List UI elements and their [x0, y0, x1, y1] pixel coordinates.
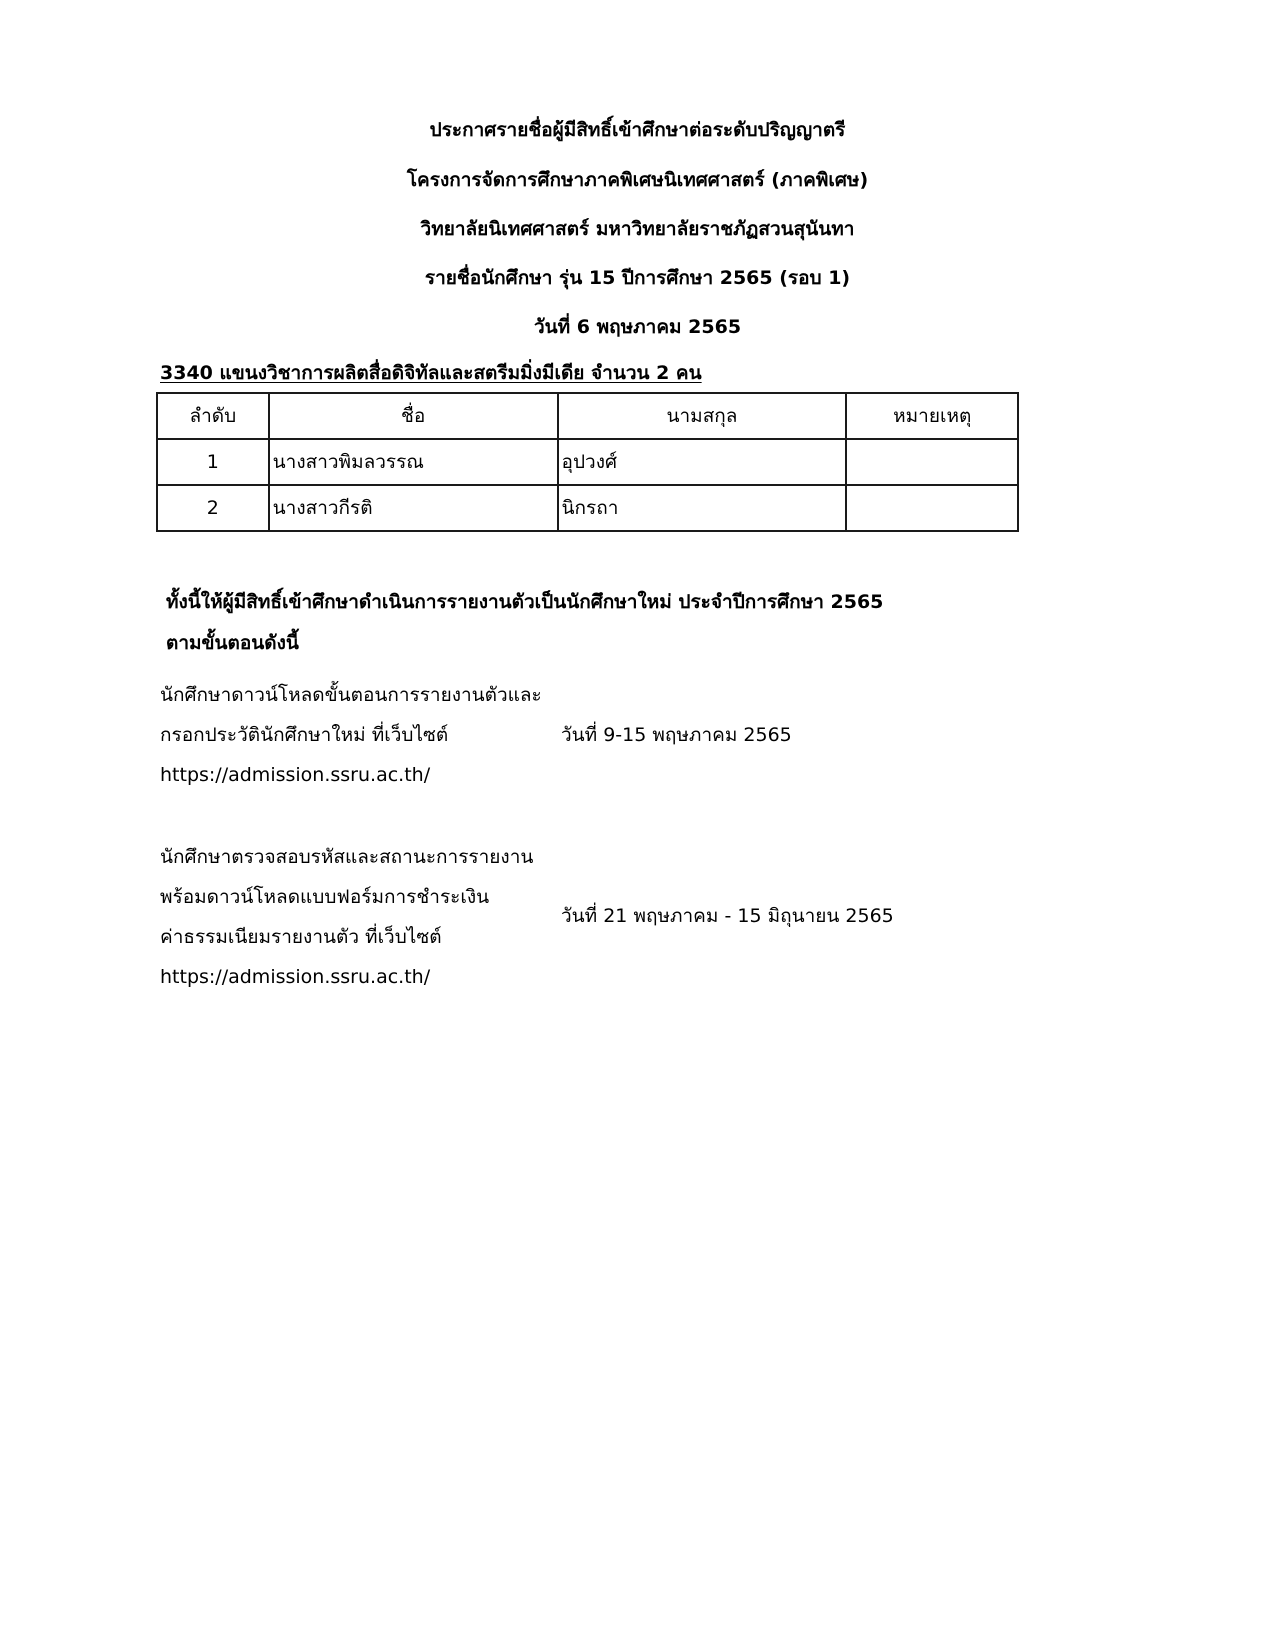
step2-line1: นักศึกษาตรวจสอบรหัสและสถานะการรายงาน [160, 845, 533, 869]
row-name: นางสาวกีรติ [269, 485, 558, 531]
header-name: ชื่อ [269, 393, 558, 439]
table-row: 1 นางสาวพิมลวรรณ อุปวงศ์ [157, 439, 1018, 485]
step1-url-link[interactable]: https://admission.ssru.ac.th/ [160, 763, 430, 787]
row-surname: นิกรถา [558, 485, 847, 531]
college-title: วิทยาลัยนิเทศศาสตร์ มหาวิทยาลัยราชภัฏสวน… [0, 217, 1275, 241]
step1-date: วันที่ 9-15 พฤษภาคม 2565 [561, 723, 792, 747]
major-section-heading: 3340 แขนงวิชาการผลิตสื่อดิจิทัลและสตรีมม… [160, 361, 702, 385]
announcement-title: ประกาศรายชื่อผู้มีสิทธิ์เข้าศึกษาต่อระดั… [0, 118, 1275, 142]
row-order: 2 [157, 485, 269, 531]
announcement-date: วันที่ 6 พฤษภาคม 2565 [0, 315, 1275, 339]
cohort-title: รายชื่อนักศึกษา รุ่น 15 ปีการศึกษา 2565 … [0, 266, 1275, 290]
header-surname: นามสกุล [558, 393, 847, 439]
row-surname: อุปวงศ์ [558, 439, 847, 485]
program-title: โครงการจัดการศึกษาภาคพิเศษนิเทศศาสตร์ (ภ… [0, 168, 1275, 192]
row-note [846, 485, 1018, 531]
row-order: 1 [157, 439, 269, 485]
row-note [846, 439, 1018, 485]
step1-line2: กรอกประวัตินักศึกษาใหม่ ที่เว็บไซต์ [160, 723, 448, 747]
student-list-table: ลำดับ ชื่อ นามสกุล หมายเหตุ 1 นางสาวพิมล… [156, 392, 1019, 532]
step2-date: วันที่ 21 พฤษภาคม - 15 มิถุนายน 2565 [561, 904, 894, 928]
step2-url-link[interactable]: https://admission.ssru.ac.th/ [160, 965, 430, 989]
step2-line3: ค่าธรรมเนียมรายงานตัว ที่เว็บไซต์ [160, 925, 442, 949]
table-header-row: ลำดับ ชื่อ นามสกุล หมายเหตุ [157, 393, 1018, 439]
step2-line2: พร้อมดาวน์โหลดแบบฟอร์มการชำระเงิน [160, 885, 489, 909]
notice-steps-label: ตามขั้นตอนดังนี้ [166, 631, 299, 655]
notice-text: ทั้งนี้ให้ผู้มีสิทธิ์เข้าศึกษาดำเนินการร… [166, 590, 883, 614]
row-name: นางสาวพิมลวรรณ [269, 439, 558, 485]
table-row: 2 นางสาวกีรติ นิกรถา [157, 485, 1018, 531]
step1-line1: นักศึกษาดาวน์โหลดขั้นตอนการรายงานตัวและ [160, 683, 542, 707]
header-note: หมายเหตุ [846, 393, 1018, 439]
header-order: ลำดับ [157, 393, 269, 439]
